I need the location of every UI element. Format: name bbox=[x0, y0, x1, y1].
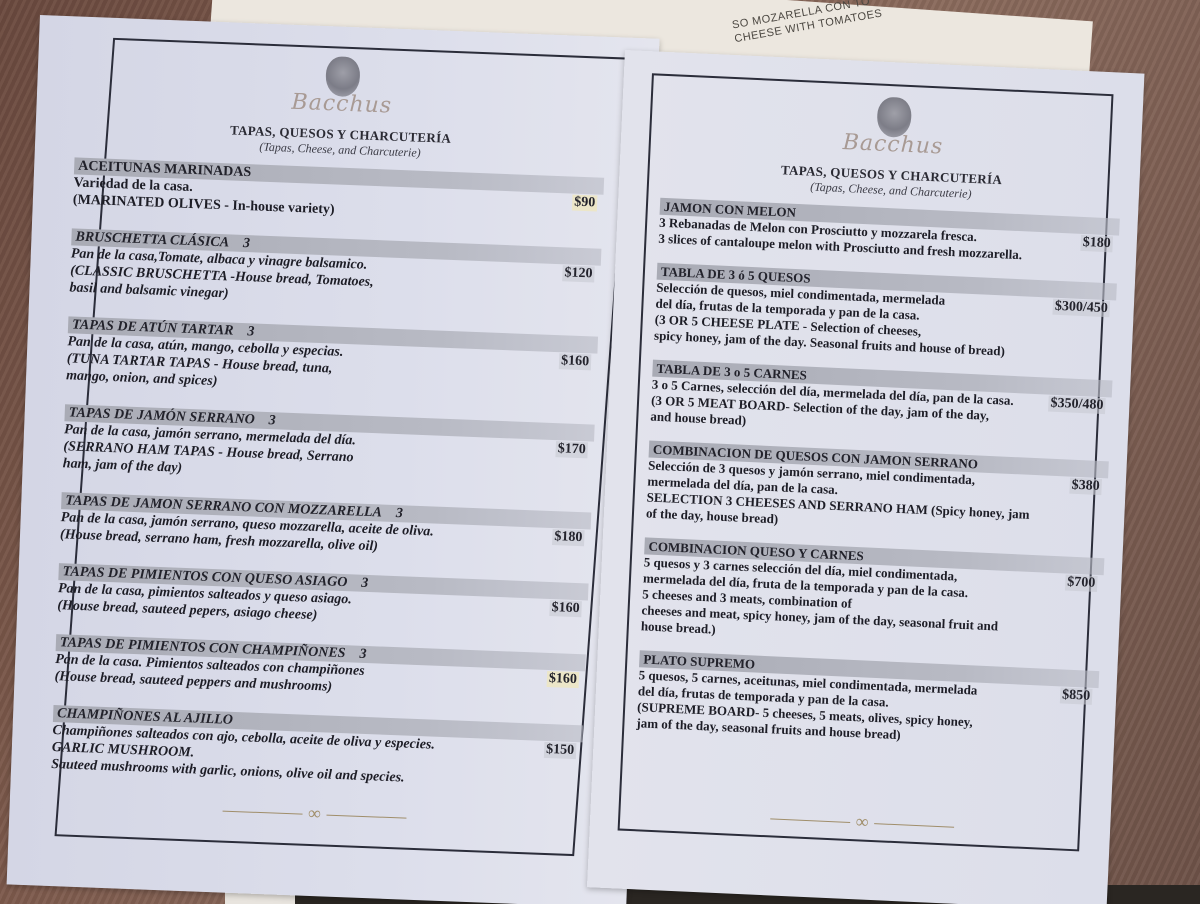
item-price: $150 bbox=[544, 742, 577, 759]
item-price: $160 bbox=[559, 353, 592, 370]
menu-item: TABLA DE 3 ó 5 QUESOS$300/450Selección d… bbox=[654, 263, 1117, 365]
menu-item-list: ACEITUNAS MARINADAS$90Variedad de la cas… bbox=[51, 157, 604, 793]
item-price: $300/450 bbox=[1053, 299, 1111, 318]
menu-item: COMBINACION DE QUESOS CON JAMON SERRANO$… bbox=[646, 441, 1109, 543]
menu-item: TAPAS DE ATÚN TARTAR3$160Pan de la casa,… bbox=[66, 316, 598, 404]
item-quantity: 3 bbox=[247, 324, 255, 339]
item-price: $160 bbox=[547, 671, 580, 688]
item-price: $180 bbox=[552, 529, 585, 546]
menu-item: TAPAS DE PIMIENTOS CON QUESO ASIAGO3$160… bbox=[57, 563, 589, 634]
menu-page-left: Bacchus TAPAS, QUESOS Y CHARCUTERÍA (Tap… bbox=[7, 15, 660, 904]
item-price: $350/480 bbox=[1048, 396, 1106, 415]
menu-item: CHAMPIÑONES AL AJILLO$150Champiñones sal… bbox=[51, 705, 583, 793]
item-quantity: 3 bbox=[361, 576, 369, 591]
item-quantity: 3 bbox=[359, 647, 367, 662]
item-price: $170 bbox=[555, 441, 588, 458]
menu-item: TAPAS DE JAMON SERRANO CON MOZZARELLA3$1… bbox=[60, 492, 592, 563]
menu-item-list: JAMON CON MELON$1803 Rebanadas de Melon … bbox=[636, 198, 1120, 752]
menu-page-right: Bacchus TAPAS, QUESOS Y CHARCUTERÍA (Tap… bbox=[587, 50, 1144, 904]
menu-item: BRUSCHETTA CLÁSICA3$120Pan de la casa,To… bbox=[69, 228, 601, 316]
menu-item: COMBINACION QUESO Y CARNES$7005 quesos y… bbox=[641, 537, 1105, 655]
menu-item: ACEITUNAS MARINADAS$90Variedad de la cas… bbox=[73, 157, 605, 228]
item-quantity: 3 bbox=[396, 506, 404, 521]
item-price: $120 bbox=[562, 265, 595, 282]
menu-item: JAMON CON MELON$1803 Rebanadas de Melon … bbox=[658, 198, 1120, 268]
background-sheet-text: SO MOZARELLA CON TO CHEESE WITH TOMATOES bbox=[731, 0, 883, 46]
menu-item: TABLA DE 3 o 5 CARNES$350/4803 o 5 Carne… bbox=[650, 360, 1112, 446]
item-quantity: 3 bbox=[243, 236, 251, 251]
item-price: $90 bbox=[572, 195, 598, 212]
bearded-face-icon bbox=[325, 56, 361, 97]
item-price: $700 bbox=[1065, 575, 1098, 592]
item-price: $850 bbox=[1060, 687, 1093, 704]
menu-item: TAPAS DE PIMIENTOS CON CHAMPIÑONES3$160P… bbox=[54, 634, 586, 705]
menu-item: TAPAS DE JAMÓN SERRANO3$170Pan de la cas… bbox=[62, 404, 594, 492]
item-price: $160 bbox=[549, 600, 582, 617]
bearded-face-icon bbox=[876, 97, 912, 139]
item-price: $180 bbox=[1080, 235, 1113, 252]
menu-item: PLATO SUPREMO$8505 quesos, 5 carnes, ace… bbox=[636, 650, 1099, 752]
item-price: $380 bbox=[1069, 478, 1102, 495]
item-quantity: 3 bbox=[268, 413, 276, 428]
